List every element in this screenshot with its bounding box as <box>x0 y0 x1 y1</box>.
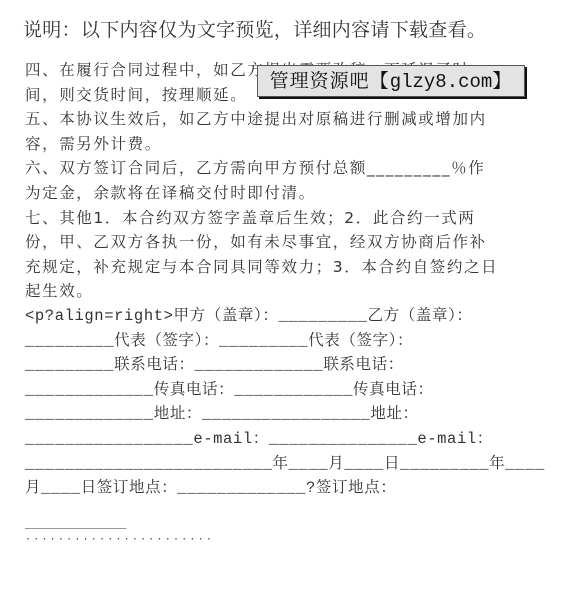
trailing-underline: _____________ <box>25 516 126 531</box>
watermark-banner: 管理资源吧【glzy8.com】 <box>257 65 525 97</box>
signature-date-line: _________________________年____月____日____… <box>25 452 555 477</box>
clause-7-line-3: 充规定，补充规定与本合同具同等效力；3．本合约自签约之日 <box>25 255 555 280</box>
clause-6-line-1: 六、双方签订合同后，乙方需向甲方预付总额_________％作 <box>25 156 555 181</box>
clause-7-line-2: 份，甲、乙双方各执一份，如有未尽事宜，经双方协商后作补 <box>25 230 555 255</box>
signature-location-line: 月____日签订地点：_____________?签订地点： <box>25 476 555 501</box>
watermark-domain: glzy8.com <box>390 71 493 93</box>
signature-party-stamp-line: <p?align=right>甲方（盖章）：_________乙方（盖章）： <box>25 304 555 329</box>
trailing-dots: ······················· <box>25 533 214 547</box>
watermark-label: 管理资源吧 <box>270 70 370 92</box>
clause-6-line-2: 为定金，余款将在译稿交付时即付清。 <box>25 181 555 206</box>
clause-5-line-1: 五、本协议生效后，如乙方中途提出对原稿进行删减或增加内 <box>25 107 555 132</box>
watermark-bracket-close: 】 <box>492 70 512 92</box>
signature-email-line: _________________e-mail：_______________e… <box>25 427 555 452</box>
preview-notice: 说明：以下内容仅为文字预览，详细内容请下载查看。 <box>23 16 486 44</box>
watermark-bracket-open: 【 <box>370 70 390 92</box>
signature-representative-line: _________代表（签字）：_________代表（签字）： <box>25 329 555 354</box>
signature-fax-line: _____________传真电话：____________传真电话： <box>25 378 555 403</box>
clause-7-line-1: 七、其他1．本合约双方签字盖章后生效；2．此合约一式两 <box>25 206 555 231</box>
clause-5-line-2: 容，需另外计费。 <box>25 132 555 157</box>
signature-phone-line: _________联系电话：_____________联系电话： <box>25 353 555 378</box>
signature-address-line: _____________地址：_________________地址： <box>25 402 555 427</box>
contract-text: 四、在履行合同过程中，如乙方提出需要改稿，而延误了时 间，则交货时间，按理顺延。… <box>25 58 555 501</box>
clause-7-line-4: 起生效。 <box>25 279 555 304</box>
